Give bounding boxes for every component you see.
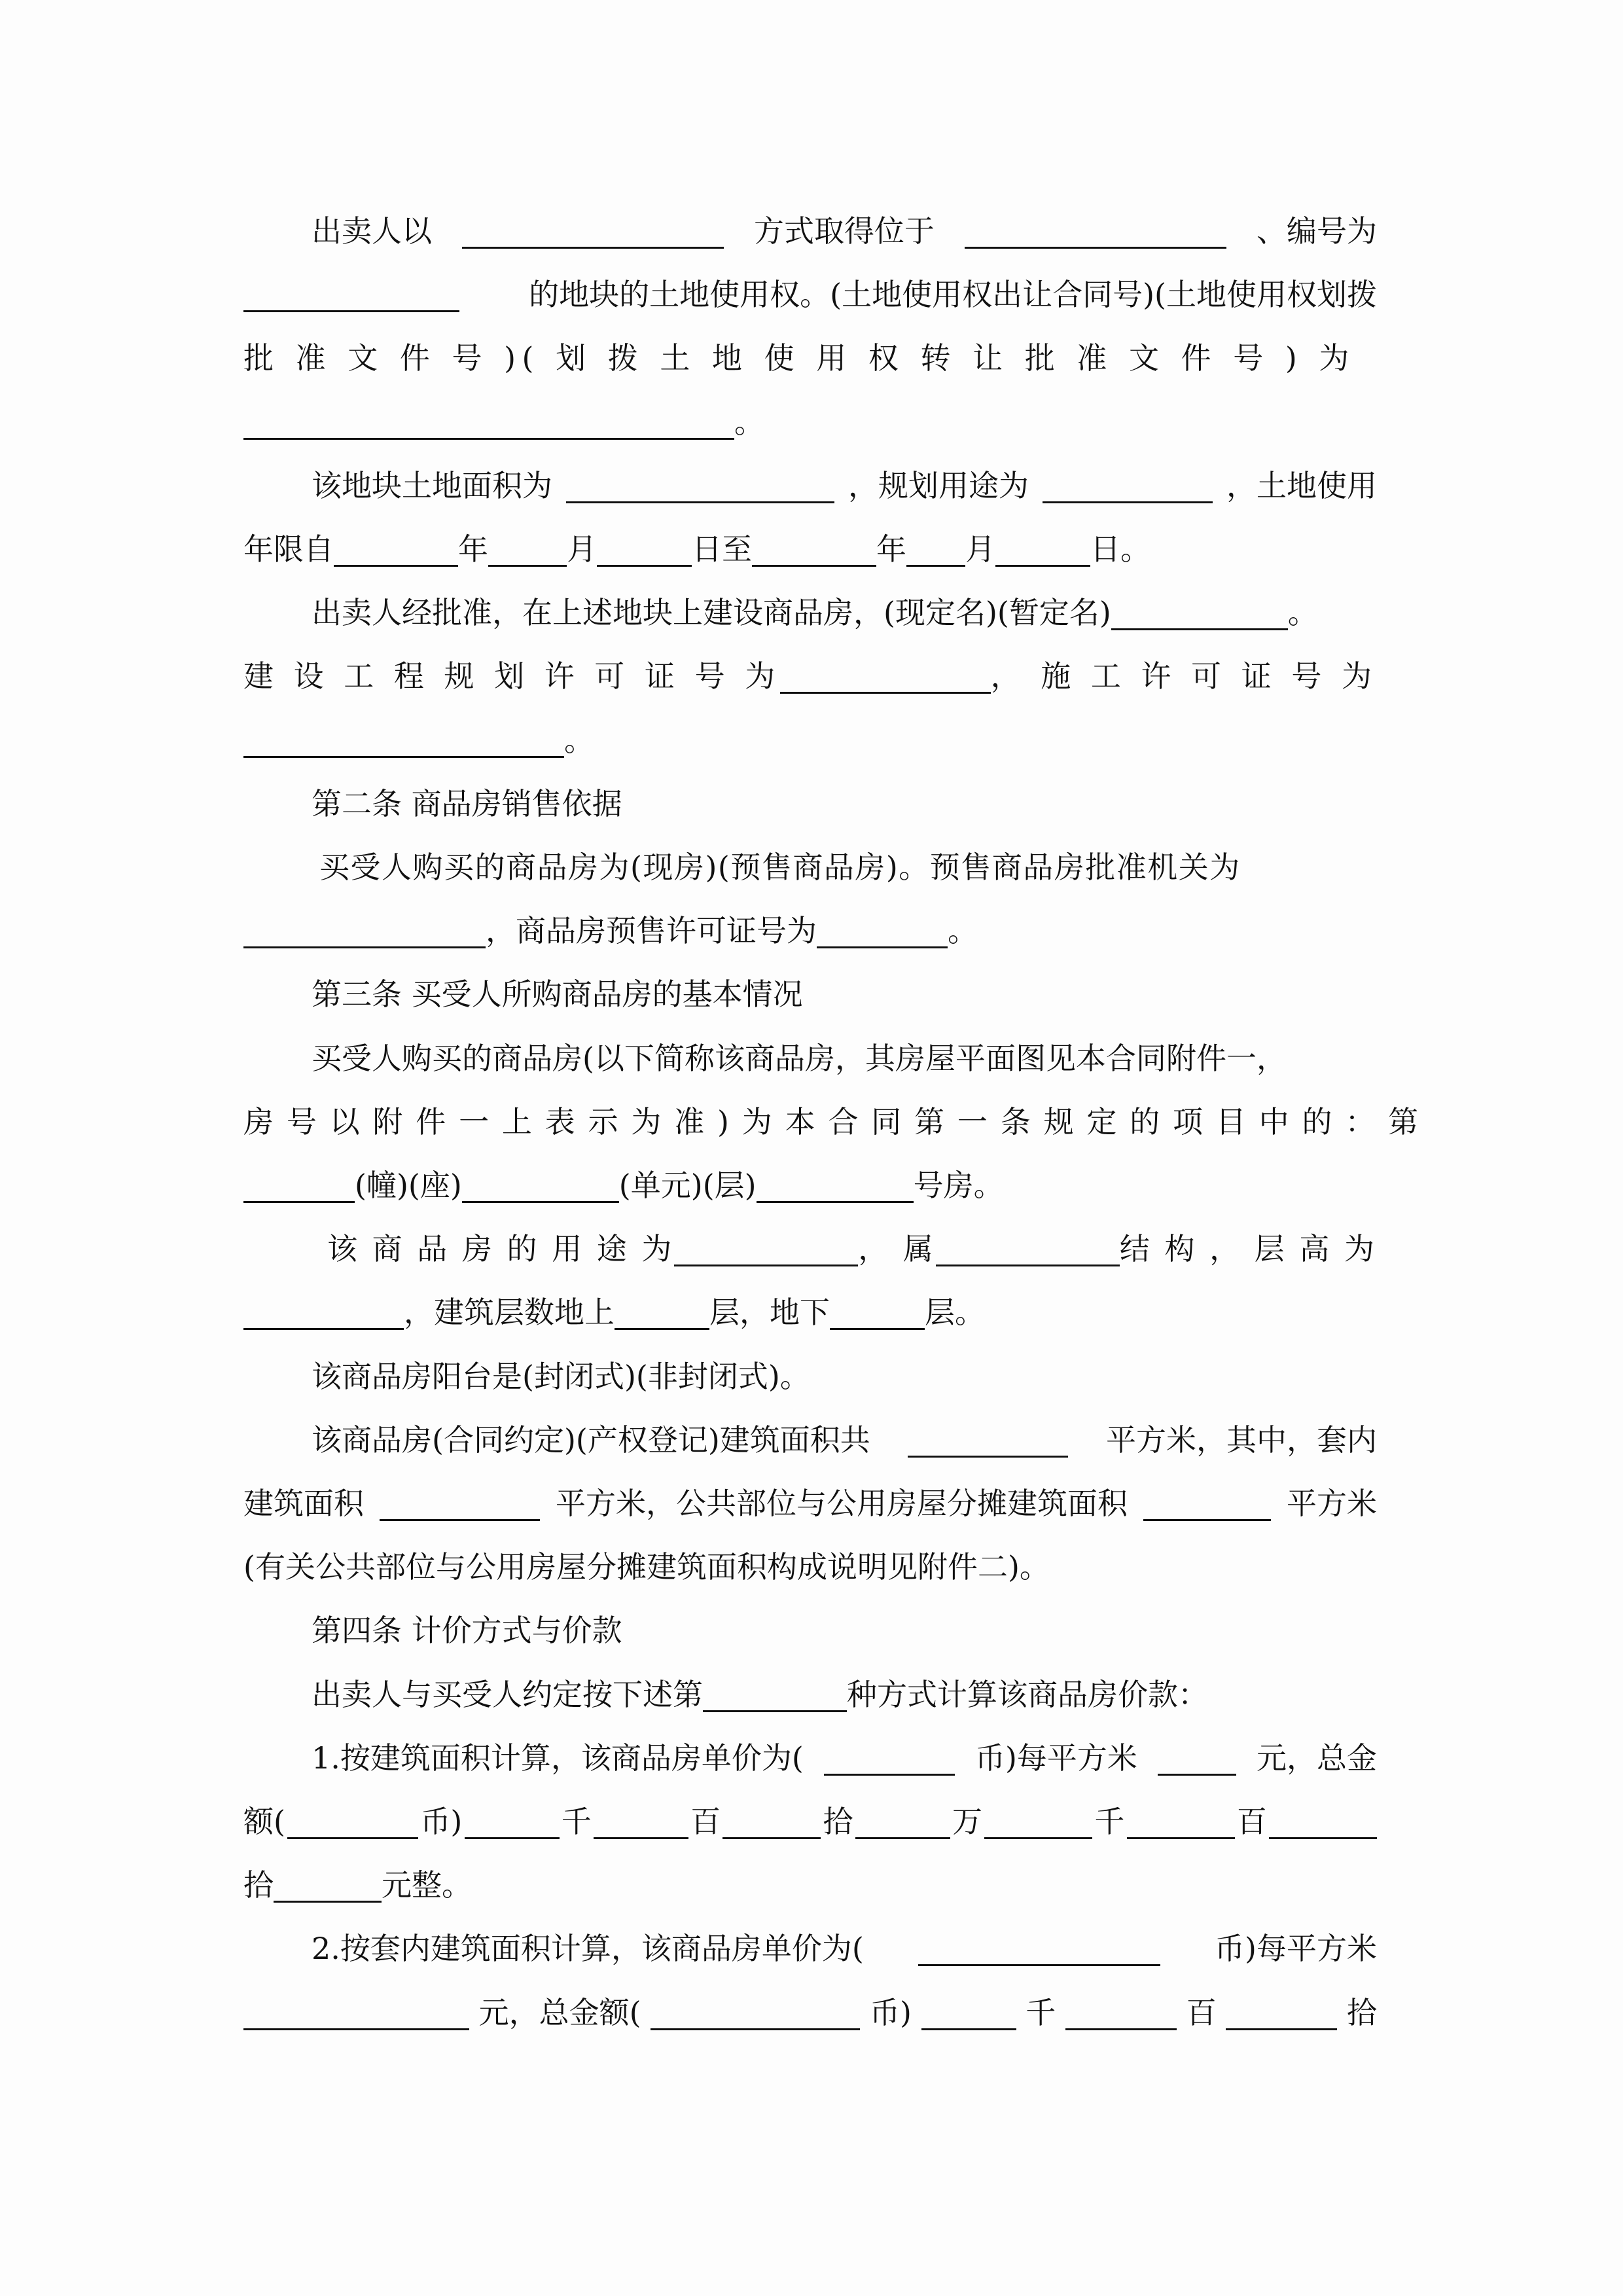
text-segment: 结 构 ， 层 高 为 [1120,1226,1377,1272]
text-segment: ，土地使用 [1226,463,1377,509]
fill-blank-planned-use[interactable] [1043,469,1213,503]
fill-blank-currency-2[interactable] [918,1931,1160,1966]
text-segment: 百 [690,1799,721,1844]
text-segment: 年 [458,526,488,572]
text-segment: 平方米 [1287,1480,1377,1526]
text-segment: 元，总金 [1257,1735,1377,1781]
text-segment: 该商品房(合同约定)(产权登记)建筑面积共 [312,1417,870,1463]
text-segment: 元，总金额( [479,1990,641,2036]
paragraph-line: ，商品房预售许可证号为 。 [243,908,1377,954]
paragraph-line: (幢)(座) (单元)(层) 号房。 [243,1162,1377,1208]
fill-blank-amount-digit[interactable] [921,1996,1016,2030]
text-segment: ，建筑层数地上 [404,1289,615,1335]
paragraph-property-info: 买受人购买的商品房(以下简称该商品房，其房屋平面图见本合同附件一， [243,1035,1377,1081]
fill-blank-inner-area[interactable] [380,1486,540,1521]
paragraph-line: ，建筑层数地上 层，地下 层。 [243,1289,1377,1335]
text-segment: 建筑面积 [243,1480,364,1526]
fill-blank-amount-digit[interactable] [1226,1996,1337,2030]
text-segment: 批 准 文 件 号 )( 划 拨 土 地 使 用 权 转 让 批 准 文 件 号… [243,335,1377,381]
paragraph-usage: 该 商 品 房 的 用 途 为 ， 属 结 构 ， 层 高 为 [243,1226,1377,1272]
fill-blank-total-currency-1[interactable] [287,1804,418,1839]
text-segment: ， 属 [858,1226,936,1272]
fill-blank-amount-digit[interactable] [984,1804,1092,1839]
paragraph-line: 拾 元整。 [243,1862,1377,1908]
text-segment: 出卖人与买受人约定按下述第 [312,1672,703,1717]
text-segment: 买受人购买的商品房(以下简称该商品房，其房屋平面图见本合同附件一， [312,1035,1287,1081]
text-segment: 万 [952,1799,982,1844]
fill-blank-approval-number[interactable] [243,405,734,440]
fill-blank-floors-below[interactable] [830,1295,925,1330]
text-segment: 千 [1094,1799,1124,1844]
fill-blank-amount-digit[interactable] [594,1804,688,1839]
text-segment: 日至 [692,526,752,572]
fill-blank-start-year[interactable] [334,532,458,567]
text-segment: 平方米，其中，套内 [1106,1417,1377,1463]
text-segment: 方式取得位于 [754,208,935,254]
fill-blank-presale-permit[interactable] [817,914,948,948]
text-segment: 千 [1026,1990,1056,2036]
text-segment: 买受人购买的商品房为(现房)(预售商品房)。预售商品房批准机关为 [319,844,1241,890]
fill-blank-end-day[interactable] [995,532,1090,567]
text-segment: ， 施 工 许 可 证 号 为 [991,653,1377,699]
fill-blank-plot-number[interactable] [243,278,459,312]
text-segment: 平方米，公共部位与公用房屋分摊建筑面积 [556,1480,1128,1526]
fill-blank-unit-price-1[interactable] [1158,1741,1236,1776]
paragraph-line: 房 号 以 附 件 一 上 表 示 为 准 ) 为 本 合 同 第 一 条 规 … [243,1099,1377,1145]
text-segment: ，商品房预售许可证号为 [486,908,817,954]
fill-blank-end-year[interactable] [752,532,876,567]
fill-blank-amount-digit[interactable] [1065,1996,1177,2030]
paragraph-line: 。 [243,717,1377,763]
text-segment: 百 [1237,1799,1267,1844]
text-segment: 。 [564,717,594,763]
text-segment: 该地块土地面积为 [312,463,552,509]
fill-blank-location[interactable] [965,214,1226,249]
fill-blank-method-number[interactable] [703,1677,847,1712]
text-segment: (幢)(座) [355,1162,462,1208]
paragraph-land-area: 该地块土地面积为 ，规划用途为 ，土地使用 [243,463,1377,509]
paragraph-pricing-method: 出卖人与买受人约定按下述第 种方式计算该商品房价款： [243,1672,1377,1717]
text-segment: 月 [965,526,995,572]
paragraph-line: 建 设 工 程 规 划 许 可 证 号 为 ， 施 工 许 可 证 号 为 [243,653,1377,699]
text-segment: 币) [420,1799,462,1844]
fill-blank-amount-digit[interactable] [1269,1804,1377,1839]
paragraph-balcony: 该商品房阳台是(封闭式)(非封闭式)。 [243,1354,1377,1399]
fill-blank-amount-digit[interactable] [722,1804,821,1839]
text-segment: 。 [948,908,978,954]
text-segment: 年限自 [243,526,334,572]
paragraph-line: 元，总金额( 币) 千 百 拾 [243,1990,1377,2036]
fill-blank-currency-1[interactable] [824,1741,955,1776]
paragraph-land-acquisition: 出卖人以 方式取得位于 、编号为 [243,208,1377,254]
paragraph-method-1: 1.按建筑面积计算，该商品房单价为( 币)每平方米 元，总金 [243,1735,1377,1781]
article-heading: 第四条 计价方式与价款 [312,1607,622,1653]
fill-blank-start-day[interactable] [597,532,692,567]
text-segment: 千 [562,1799,592,1844]
text-segment: 。 [1288,590,1318,636]
fill-blank-land-area[interactable] [566,469,834,503]
text-segment: 百 [1186,1990,1217,2036]
fill-blank-acquisition-method[interactable] [462,214,724,249]
fill-blank-total-currency-2[interactable] [651,1996,860,2030]
paragraph-line: 建筑面积 平方米，公共部位与公用房屋分摊建筑面积 平方米 [243,1480,1377,1526]
fill-blank-start-month[interactable] [488,532,567,567]
text-segment: 该商品房阳台是(封闭式)(非封闭式)。 [312,1354,810,1399]
fill-blank-amount-digit[interactable] [855,1804,950,1839]
text-segment: 出卖人以 [312,208,432,254]
fill-blank-room[interactable] [757,1168,914,1203]
text-segment: 币) [870,1990,912,2036]
text-segment: ，规划用途为 [848,463,1029,509]
text-segment: 层，地下 [709,1289,830,1335]
article-heading: 第二条 商品房销售依据 [312,781,622,827]
fill-blank-floors-above[interactable] [615,1295,709,1330]
fill-blank-unit[interactable] [462,1168,619,1203]
article-3-heading: 第三条 买受人所购商品房的基本情况 [243,971,1377,1017]
paragraph-line: 年限自 年 月 日至 年 月 日。 [243,526,1173,572]
document-page: 出卖人以 方式取得位于 、编号为 的地块的土地使用权。(土地使用权出让合同号)(… [0,0,1623,2296]
fill-blank-floor-height[interactable] [243,1295,404,1330]
fill-blank-planning-permit[interactable] [780,659,990,694]
fill-blank-unit-price-2[interactable] [243,1996,469,2030]
text-segment: 币)每平方米 [975,1735,1137,1781]
fill-blank-building[interactable] [243,1168,355,1203]
text-segment: 年 [876,526,906,572]
text-segment: 1.按建筑面积计算，该商品房单价为( [312,1735,804,1781]
fill-blank-amount-digit[interactable] [465,1804,560,1839]
fill-blank-usage[interactable] [674,1232,858,1266]
text-segment: 出卖人经批准，在上述地块上建设商品房，(现定名)(暂定名) [312,590,1111,636]
fill-blank-amount-digit[interactable] [274,1868,382,1903]
text-segment: 种方式计算该商品房价款： [847,1672,1208,1717]
text-segment: 。 [734,399,764,445]
fill-blank-end-month[interactable] [906,532,965,567]
paragraph-line: (有关公共部位与公用房屋分摊建筑面积构成说明见附件二)。 [243,1544,1377,1590]
text-segment: 币)每平方米 [1215,1926,1377,1971]
paragraph-construction: 出卖人经批准，在上述地块上建设商品房，(现定名)(暂定名) 。 [243,590,1398,636]
text-segment: (有关公共部位与公用房屋分摊建筑面积构成说明见附件二)。 [243,1544,1050,1590]
fill-blank-approval-authority[interactable] [243,914,486,948]
fill-blank-shared-area[interactable] [1143,1486,1271,1521]
text-segment: 日。 [1090,526,1150,572]
text-segment: 月 [567,526,597,572]
text-segment: 拾 [243,1862,274,1908]
article-4-heading: 第四条 计价方式与价款 [243,1607,1377,1653]
text-segment: 2.按套内建筑面积计算，该商品房单价为( [312,1926,864,1971]
text-segment: 、编号为 [1257,208,1377,254]
text-segment: 建 设 工 程 规 划 许 可 证 号 为 [243,653,780,699]
text-segment: 元整。 [382,1862,472,1908]
fill-blank-project-name[interactable] [1111,596,1288,630]
text-segment: 层。 [925,1289,985,1335]
fill-blank-amount-digit[interactable] [1127,1804,1235,1839]
text-segment: 拾 [823,1799,853,1844]
article-2-heading: 第二条 商品房销售依据 [243,781,1377,827]
text-segment: 房 号 以 附 件 一 上 表 示 为 准 ) 为 本 合 同 第 一 条 规 … [243,1099,1420,1145]
fill-blank-construction-permit[interactable] [243,723,564,758]
paragraph-line: 批 准 文 件 号 )( 划 拨 土 地 使 用 权 转 让 批 准 文 件 号… [243,335,1377,381]
paragraph-line: 的地块的土地使用权。(土地使用权出让合同号)(土地使用权划拨 [243,272,1377,317]
fill-blank-total-area[interactable] [908,1423,1068,1458]
text-segment: 的地块的土地使用权。(土地使用权出让合同号)(土地使用权划拨 [529,272,1377,317]
text-segment: 号房。 [914,1162,1004,1208]
article-heading: 第三条 买受人所购商品房的基本情况 [312,971,803,1017]
fill-blank-structure[interactable] [936,1232,1120,1266]
text-segment: 额( [243,1799,285,1844]
text-segment: (单元)(层) [619,1162,757,1208]
paragraph-floor-area: 该商品房(合同约定)(产权登记)建筑面积共 平方米，其中，套内 [243,1417,1377,1463]
paragraph-sales-basis: 买受人购买的商品房为(现房)(预售商品房)。预售商品房批准机关为 [243,844,1377,890]
paragraph-method-2: 2.按套内建筑面积计算，该商品房单价为( 币)每平方米 [243,1926,1377,1971]
paragraph-line: 额( 币) 千 百 拾 万 千 百 [243,1799,1377,1844]
paragraph-line: 。 [243,399,1377,445]
text-segment: 拾 [1347,1990,1377,2036]
text-segment: 该 商 品 房 的 用 途 为 [327,1226,674,1272]
